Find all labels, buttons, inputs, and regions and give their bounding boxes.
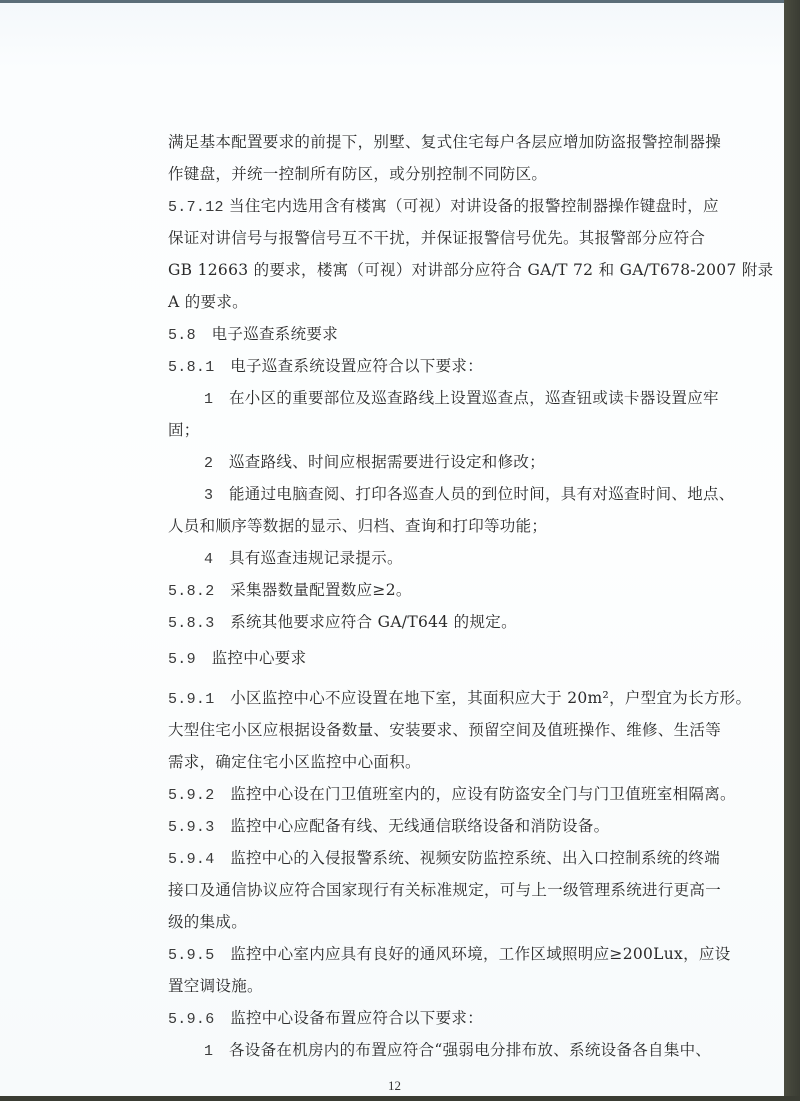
- clause-5-9-6: 5.9.6 监控中心设备布置应符合以下要求：: [168, 1006, 483, 1028]
- line-text: 在小区的重要部位及巡查路线上设置巡查点，巡查钮或读卡器设置应牢: [229, 389, 719, 407]
- line-text: 接口及通信协议应符合国家现行有关标准规定，可与上一级管理系统进行更高一: [168, 881, 721, 899]
- section-title: 监控中心要求: [212, 649, 307, 667]
- clause-number: 5.9.3: [168, 819, 215, 836]
- line-text: 人员和顺序等数据的显示、归档、查询和打印等功能；: [168, 517, 547, 535]
- line-text: 采集器数量配置数应≥2。: [230, 581, 411, 599]
- clause-5-8-3: 5.8.3 系统其他要求应符合 GA/T644 的规定。: [168, 610, 517, 632]
- paragraph-line: 保证对讲信号与报警信号互不干扰，并保证报警信号优先。其报警部分应符合: [168, 226, 705, 248]
- line-text: 需求，确定住宅小区监控中心面积。: [168, 753, 421, 771]
- line-text: 监控中心室内应具有良好的通风环境，工作区域照明应≥200Lux，应设: [230, 945, 730, 963]
- page-number: 12: [388, 1078, 401, 1094]
- list-item-2: 2 巡查路线、时间应根据需要进行设定和修改；: [204, 450, 545, 472]
- paragraph-line: 接口及通信协议应符合国家现行有关标准规定，可与上一级管理系统进行更高一: [168, 878, 721, 900]
- line-text: 能通过电脑查阅、打印各巡查人员的到位时间，具有对巡查时间、地点、: [229, 485, 735, 503]
- section-number: 5.9: [168, 651, 196, 668]
- paragraph-line: 固；: [168, 418, 200, 440]
- item-number: 4: [204, 551, 213, 568]
- clause-5-9-3: 5.9.3 监控中心应配备有线、无线通信联络设备和消防设备。: [168, 814, 609, 836]
- list-item-3: 3 能通过电脑查阅、打印各巡查人员的到位时间，具有对巡查时间、地点、: [204, 482, 735, 504]
- line-text: 监控中心设在门卫值班室内的，应设有防盗安全门与门卫值班室相隔离。: [230, 785, 736, 803]
- scan-border-bottom: [0, 1096, 800, 1101]
- line-text: 保证对讲信号与报警信号互不干扰，并保证报警信号优先。其报警部分应符合: [168, 229, 705, 247]
- clause-number: 5.9.1: [168, 691, 215, 708]
- line-text: 监控中心的入侵报警系统、视频安防监控系统、出入口控制系统的终端: [230, 849, 720, 867]
- line-text: 大型住宅小区应根据设备数量、安装要求、预留空间及值班操作、维修、生活等: [168, 721, 721, 739]
- paragraph-line: 级的集成。: [168, 910, 247, 932]
- section-number: 5.8: [168, 327, 196, 344]
- item-number: 1: [204, 391, 213, 408]
- paragraph-line: 作键盘，并统一控制所有防区，或分别控制不同防区。: [168, 162, 547, 184]
- paragraph-line: A 的要求。: [168, 290, 248, 312]
- list-item-1: 1 各设备在机房内的布置应符合“强弱电分排布放、系统设备各自集中、: [204, 1038, 711, 1060]
- line-text: 各设备在机房内的布置应符合“强弱电分排布放、系统设备各自集中、: [229, 1041, 711, 1059]
- clause-number: 5.8.1: [168, 359, 215, 376]
- clause-number: 5.7.12: [168, 199, 224, 216]
- line-text: 级的集成。: [168, 913, 247, 931]
- clause-5-9-2: 5.9.2 监控中心设在门卫值班室内的，应设有防盗安全门与门卫值班室相隔离。: [168, 782, 736, 804]
- scan-border-right: [784, 0, 800, 1101]
- clause-number: 5.9.5: [168, 947, 215, 964]
- clause-5-8-2: 5.8.2 采集器数量配置数应≥2。: [168, 578, 412, 600]
- line-text: GB 12663 的要求，楼寓（可视）对讲部分应符合 GA/T 72 和 GA/…: [168, 261, 773, 279]
- paragraph-line: GB 12663 的要求，楼寓（可视）对讲部分应符合 GA/T 72 和 GA/…: [168, 258, 773, 280]
- line-text: 固；: [168, 421, 200, 439]
- item-number: 3: [204, 487, 213, 504]
- paragraph-line: 满足基本配置要求的前提下，别墅、复式住宅每户各层应增加防盗报警控制器操: [168, 130, 721, 152]
- clause-number: 5.8.3: [168, 615, 215, 632]
- clause-number: 5.8.2: [168, 583, 215, 600]
- line-text: 作键盘，并统一控制所有防区，或分别控制不同防区。: [168, 165, 547, 183]
- section-heading-5-9: 5.9 监控中心要求: [168, 646, 306, 668]
- clause-5-7-12: 5.7.12 当住宅内选用含有楼寓（可视）对讲设备的报警控制器操作键盘时，应: [168, 194, 719, 216]
- section-title: 电子巡查系统要求: [212, 325, 338, 343]
- line-text: 监控中心应配备有线、无线通信联络设备和消防设备。: [230, 817, 609, 835]
- line-text: 置空调设施。: [168, 977, 263, 995]
- line-text: 具有巡查违规记录提示。: [229, 549, 403, 567]
- paragraph-line: 需求，确定住宅小区监控中心面积。: [168, 750, 421, 772]
- line-text: 当住宅内选用含有楼寓（可视）对讲设备的报警控制器操作键盘时，应: [229, 197, 719, 215]
- line-text: 巡查路线、时间应根据需要进行设定和修改；: [229, 453, 545, 471]
- line-text: A 的要求。: [168, 293, 248, 311]
- line-text: 电子巡查系统设置应符合以下要求：: [230, 357, 483, 375]
- clause-number: 5.9.6: [168, 1011, 215, 1028]
- clause-number: 5.9.2: [168, 787, 215, 804]
- section-heading-5-8: 5.8 电子巡查系统要求: [168, 322, 338, 344]
- paragraph-line: 大型住宅小区应根据设备数量、安装要求、预留空间及值班操作、维修、生活等: [168, 718, 721, 740]
- line-text: 满足基本配置要求的前提下，别墅、复式住宅每户各层应增加防盗报警控制器操: [168, 133, 721, 151]
- clause-5-8-1: 5.8.1 电子巡查系统设置应符合以下要求：: [168, 354, 483, 376]
- line-text: 小区监控中心不应设置在地下室，其面积应大于 20m²，户型宜为长方形。: [230, 689, 751, 707]
- line-text: 监控中心设备布置应符合以下要求：: [230, 1009, 483, 1027]
- item-number: 2: [204, 455, 213, 472]
- paragraph-line: 置空调设施。: [168, 974, 263, 996]
- item-number: 1: [204, 1043, 213, 1060]
- clause-5-9-4: 5.9.4 监控中心的入侵报警系统、视频安防监控系统、出入口控制系统的终端: [168, 846, 720, 868]
- paragraph-line: 人员和顺序等数据的显示、归档、查询和打印等功能；: [168, 514, 547, 536]
- list-item-4: 4 具有巡查违规记录提示。: [204, 546, 403, 568]
- list-item-1: 1 在小区的重要部位及巡查路线上设置巡查点，巡查钮或读卡器设置应牢: [204, 386, 719, 408]
- line-text: 系统其他要求应符合 GA/T644 的规定。: [230, 613, 517, 631]
- clause-number: 5.9.4: [168, 851, 215, 868]
- clause-5-9-5: 5.9.5 监控中心室内应具有良好的通风环境，工作区域照明应≥200Lux，应设: [168, 942, 731, 964]
- clause-5-9-1: 5.9.1 小区监控中心不应设置在地下室，其面积应大于 20m²，户型宜为长方形…: [168, 686, 751, 708]
